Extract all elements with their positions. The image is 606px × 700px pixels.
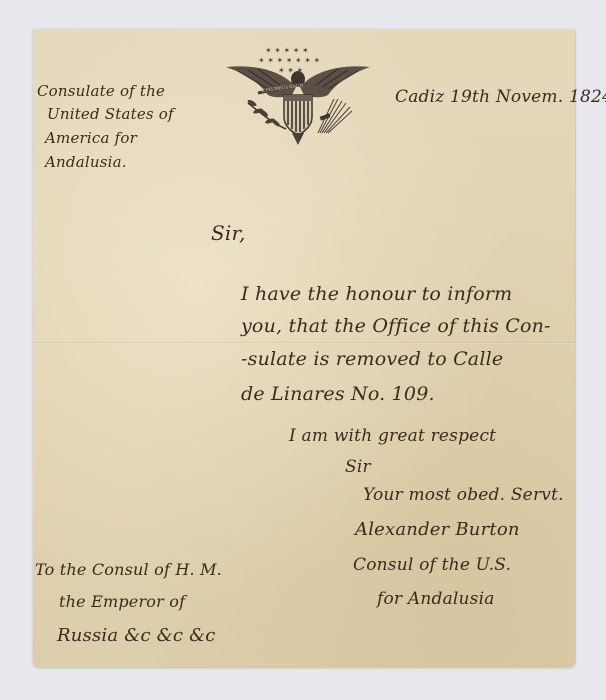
- salutation: Sir,: [211, 221, 246, 245]
- heading-consulate-line-3: America for: [45, 127, 137, 149]
- addressee-line-1: To the Consul of H. M.: [35, 557, 222, 583]
- body-line-1: I have the honour to inform: [241, 279, 512, 309]
- svg-text:✶ ✶ ✶ ✶ ✶: ✶ ✶ ✶ ✶ ✶: [265, 46, 309, 55]
- heading-consulate-line-2: United States of: [47, 103, 174, 125]
- closing-line-2: Sir: [345, 453, 371, 481]
- eagle-seal-icon: ✶ ✶ ✶ ✶ ✶ ✶ ✶ ✶ ✶ ✶ ✶ ✶ ✶ ✶ ✶ E PLURIBUS…: [218, 37, 378, 149]
- addressee-line-3: Russia &c &c &c: [57, 623, 216, 649]
- body-line-2: you, that the Office of this Con-: [241, 311, 551, 341]
- body-line-4: de Linares No. 109.: [241, 379, 435, 409]
- heading-consulate-line-4: Andalusia.: [45, 151, 127, 173]
- letter-paper: ✶ ✶ ✶ ✶ ✶ ✶ ✶ ✶ ✶ ✶ ✶ ✶ ✶ ✶ ✶ E PLURIBUS…: [33, 29, 575, 667]
- body-line-3: -sulate is removed to Calle: [241, 344, 503, 374]
- heading-consulate-line-1: Consulate of the: [37, 80, 165, 102]
- svg-text:✶ ✶ ✶ ✶ ✶ ✶ ✶: ✶ ✶ ✶ ✶ ✶ ✶ ✶: [258, 56, 320, 65]
- signature-title-line-2: for Andalusia: [377, 585, 495, 613]
- closing-line-3: Your most obed. Servt.: [363, 481, 564, 509]
- addressee-line-2: the Emperor of: [59, 589, 185, 615]
- signature-title-line-1: Consul of the U.S.: [353, 551, 511, 579]
- dateline: Cadiz 19th Novem. 1824: [395, 87, 606, 107]
- closing-line-1: I am with great respect: [289, 422, 496, 450]
- signature-name: Alexander Burton: [355, 516, 520, 544]
